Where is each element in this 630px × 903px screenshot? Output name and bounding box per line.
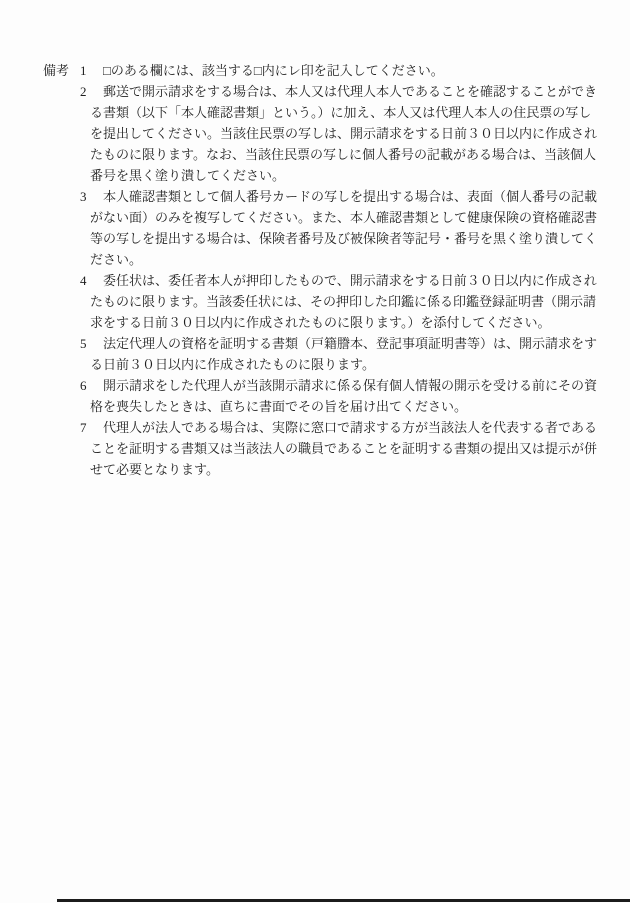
remark-item-text: 代理人が法人である場合は、実際に窓口で請求する方が当該法人を代表する者である こ…: [90, 417, 601, 480]
scan-artifact-line: [57, 899, 630, 902]
remark-item-text: 開示請求をした代理人が当該開示請求に係る保有個人情報の開示を受ける前にその資 格…: [90, 375, 601, 417]
remarks-label: 備考: [43, 60, 69, 81]
remark-item-number: 4: [80, 270, 90, 291]
remark-item-text: 本人確認書類として個人番号カードの写しを提出する場合は、表面（個人番号の記載 が…: [90, 186, 601, 270]
remark-item-1: 1□のある欄には、該当する□内にレ印を記入してください。: [80, 60, 601, 81]
remarks-section: 備考 1□のある欄には、該当する□内にレ印を記入してください。2郵送で開示請求を…: [43, 60, 601, 480]
remark-item-text: 法定代理人の資格を証明する書類（戸籍謄本、登記事項証明書等）は、開示請求をす る…: [90, 333, 601, 375]
remark-item-2: 2郵送で開示請求をする場合は、本人又は代理人本人であることを確認することができ …: [80, 81, 601, 186]
document-page: 備考 1□のある欄には、該当する□内にレ印を記入してください。2郵送で開示請求を…: [0, 0, 630, 903]
remarks-list: 1□のある欄には、該当する□内にレ印を記入してください。2郵送で開示請求をする場…: [80, 60, 601, 480]
remark-item-6: 6開示請求をした代理人が当該開示請求に係る保有個人情報の開示を受ける前にその資 …: [80, 375, 601, 417]
remark-item-5: 5法定代理人の資格を証明する書類（戸籍謄本、登記事項証明書等）は、開示請求をす …: [80, 333, 601, 375]
remark-item-text: 郵送で開示請求をする場合は、本人又は代理人本人であることを確認することができ る…: [90, 81, 601, 186]
remark-item-text: 委任状は、委任者本人が押印したもので、開示請求をする日前３０日以内に作成され た…: [90, 270, 601, 333]
remark-item-number: 7: [80, 417, 90, 438]
remark-item-3: 3本人確認書類として個人番号カードの写しを提出する場合は、表面（個人番号の記載 …: [80, 186, 601, 270]
remark-item-7: 7代理人が法人である場合は、実際に窓口で請求する方が当該法人を代表する者である …: [80, 417, 601, 480]
remark-item-number: 1: [80, 60, 90, 81]
remark-item-number: 6: [80, 375, 90, 396]
remark-item-number: 3: [80, 186, 90, 207]
remark-item-number: 5: [80, 333, 90, 354]
remark-item-4: 4委任状は、委任者本人が押印したもので、開示請求をする日前３０日以内に作成され …: [80, 270, 601, 333]
remark-item-text: □のある欄には、該当する□内にレ印を記入してください。: [90, 60, 601, 81]
remark-item-number: 2: [80, 81, 90, 102]
